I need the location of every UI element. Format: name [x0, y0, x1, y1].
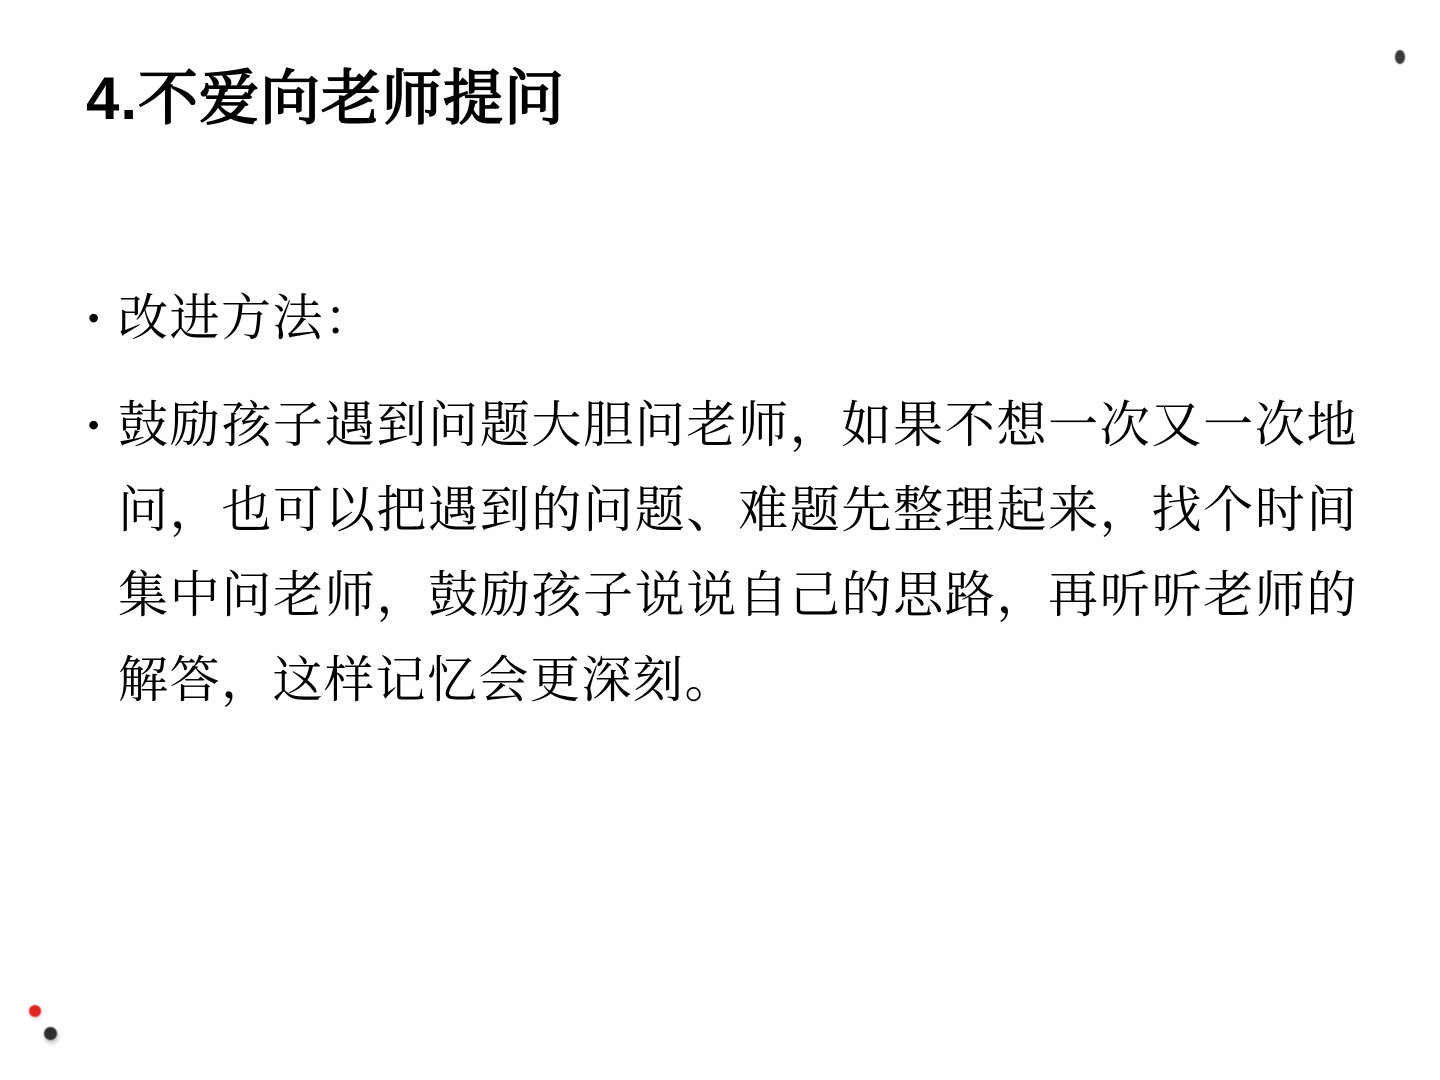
bullet-marker-icon: •	[88, 276, 118, 361]
bullet-list: • 改进方法： • 鼓励孩子遇到问题大胆问老师，如果不想一次又一次地问，也可以把…	[88, 276, 1360, 723]
decor-dot-dark	[44, 1027, 57, 1040]
decor-dot-red	[29, 1005, 41, 1017]
bullet-marker-icon: •	[88, 383, 118, 468]
slide-canvas: 4.不爱向老师提问 • 改进方法： • 鼓励孩子遇到问题大胆问老师，如果不想一次…	[0, 0, 1440, 1080]
bullet-item-method-heading: • 改进方法：	[88, 276, 1360, 361]
decor-dot-top-right	[1395, 50, 1405, 64]
slide-title: 4.不爱向老师提问	[86, 64, 565, 133]
bullet-text-method-heading: 改进方法：	[118, 276, 1358, 361]
bullet-text-method-body: 鼓励孩子遇到问题大胆问老师，如果不想一次又一次地问，也可以把遇到的问题、难题先整…	[118, 383, 1358, 723]
bullet-item-method-body: • 鼓励孩子遇到问题大胆问老师，如果不想一次又一次地问，也可以把遇到的问题、难题…	[88, 383, 1360, 723]
